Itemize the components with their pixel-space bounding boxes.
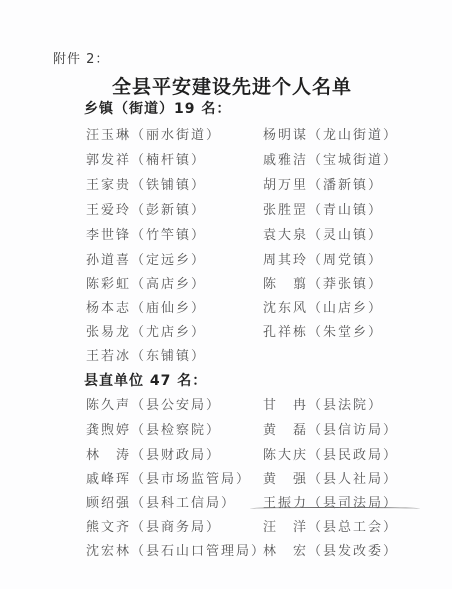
document-title: 全县平安建设先进个人名单 bbox=[0, 72, 452, 99]
list-item: 孔祥栋（朱堂乡） bbox=[263, 321, 383, 340]
list-item: 黄 磊（县信访局） bbox=[263, 419, 398, 438]
section-heading-county-units: 县直单位 47 名： bbox=[84, 370, 207, 390]
list-item: 王家贵（铁铺镇） bbox=[86, 174, 206, 193]
list-item: 张易龙（尤店乡） bbox=[86, 321, 206, 340]
list-item: 陈彩虹（高店乡） bbox=[86, 273, 206, 292]
section-heading-townships: 乡镇（街道）19 名： bbox=[84, 98, 231, 118]
list-item: 熊文齐（县商务局） bbox=[86, 516, 221, 535]
list-item: 王若冰（东铺镇） bbox=[86, 345, 206, 364]
list-item: 王爱玲（彭新镇） bbox=[86, 199, 206, 218]
list-item: 龚煦婷（县检察院） bbox=[86, 419, 221, 438]
list-item: 林 宏（县发改委） bbox=[263, 540, 398, 559]
list-item: 杨明谋（龙山街道） bbox=[263, 124, 398, 143]
list-item: 周其玲（周党镇） bbox=[263, 249, 383, 268]
list-item: 陈大庆（县民政局） bbox=[263, 444, 398, 463]
list-item: 林 涛（县财政局） bbox=[86, 444, 221, 463]
list-item: 沈东风（山店乡） bbox=[263, 297, 383, 316]
list-item: 黄 强（县人社局） bbox=[263, 468, 398, 487]
handwritten-underline bbox=[250, 507, 420, 510]
list-item: 张胜罡（青山镇） bbox=[263, 199, 383, 218]
attachment-label: 附件 2： bbox=[53, 48, 109, 67]
list-item: 袁大泉（灵山镇） bbox=[263, 224, 383, 243]
list-item: 甘 冉（县法院） bbox=[263, 394, 383, 413]
list-item: 李世锋（竹竿镇） bbox=[86, 224, 206, 243]
list-item: 戚峰珲（县市场监管局） bbox=[86, 468, 251, 487]
list-item: 孙道喜（定远乡） bbox=[86, 249, 206, 268]
list-item: 杨本志（庙仙乡） bbox=[86, 297, 206, 316]
list-item: 陈 翦（莽张镇） bbox=[263, 273, 383, 292]
list-item: 戚雅洁（宝城街道） bbox=[263, 149, 398, 168]
list-item: 陈久声（县公安局） bbox=[86, 394, 221, 413]
list-item: 胡万里（潘新镇） bbox=[263, 174, 383, 193]
list-item: 汪玉琳（丽水街道） bbox=[86, 124, 221, 143]
list-item: 郭发祥（楠杆镇） bbox=[86, 149, 206, 168]
list-item: 沈宏林（县石山口管理局） bbox=[86, 540, 266, 559]
list-item: 汪 洋（县总工会） bbox=[263, 516, 398, 535]
list-item: 顾绍强（县科工信局） bbox=[86, 492, 236, 511]
